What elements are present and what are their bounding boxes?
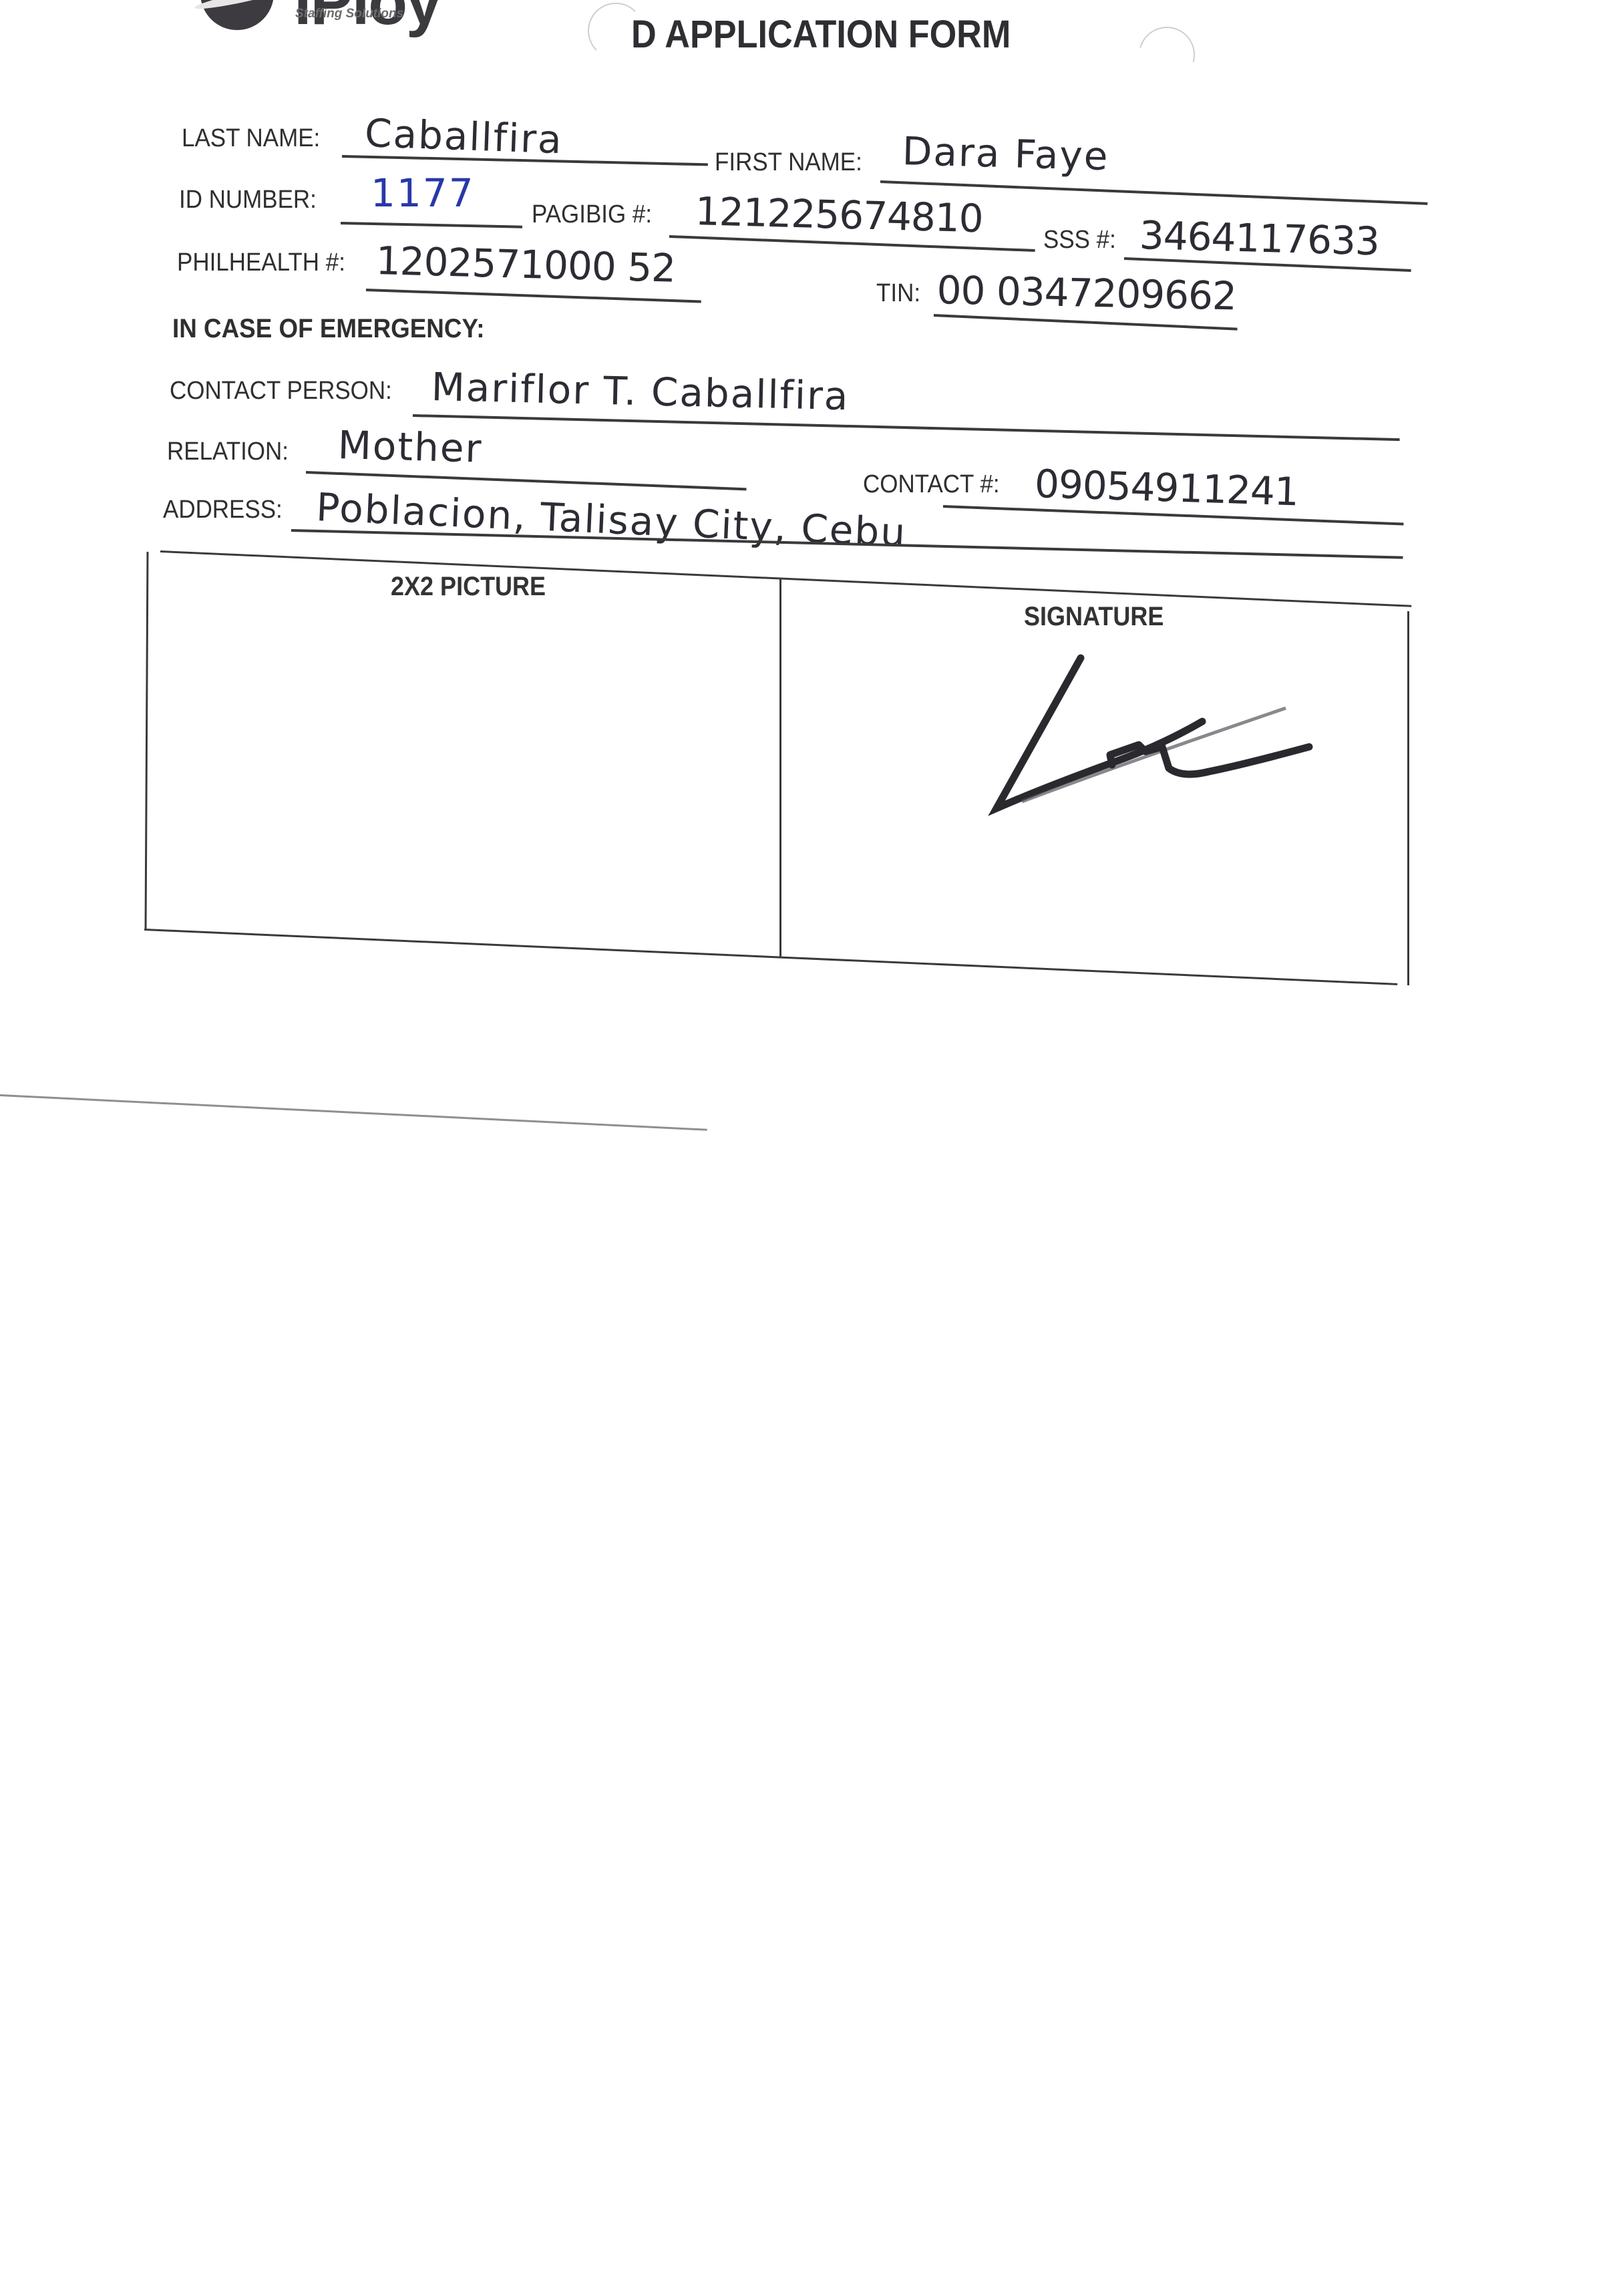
- contact-number-label: CONTACT #:: [863, 470, 1000, 499]
- philhealth-line: [366, 289, 701, 303]
- last-name-value[interactable]: Caballfira: [364, 110, 564, 162]
- box-bottom-border: [144, 929, 1397, 985]
- company-logo: iPloy Staffing Solutions: [194, 0, 474, 47]
- punch-hole-right: [1129, 17, 1206, 94]
- logo-tagline: Staffing Solutions: [295, 7, 403, 21]
- photo-placeholder[interactable]: [154, 601, 775, 922]
- box-left-border: [145, 552, 149, 929]
- relation-value[interactable]: Mother: [337, 422, 483, 472]
- signature-drawing: [962, 635, 1349, 822]
- relation-label: RELATION:: [167, 438, 289, 466]
- picture-box-title: 2X2 PICTURE: [391, 572, 546, 602]
- scanned-form-page: iPloy Staffing Solutions D APPLICATION F…: [0, 0, 1609, 2296]
- emergency-heading: IN CASE OF EMERGENCY:: [172, 314, 485, 344]
- signature-box-title: SIGNATURE: [1024, 602, 1164, 632]
- philhealth-label: PHILHEALTH #:: [177, 249, 345, 277]
- address-label: ADDRESS:: [163, 496, 283, 524]
- scan-artifact-line: [0, 1094, 707, 1131]
- contact-person-value[interactable]: Mariflor T. Caballfira: [431, 364, 850, 419]
- contact-person-label: CONTACT PERSON:: [170, 377, 392, 405]
- first-name-value[interactable]: Dara Faye: [902, 128, 1109, 179]
- philhealth-value[interactable]: 1202571000 52: [375, 238, 676, 291]
- last-name-label: LAST NAME:: [182, 124, 320, 153]
- box-top-border: [160, 550, 1411, 607]
- address-value[interactable]: Poblacion, Talisay City, Cebu: [315, 484, 908, 556]
- id-number-line: [341, 222, 522, 228]
- first-name-label: FIRST NAME:: [715, 148, 862, 177]
- pagibig-label: PAGIBIG #:: [532, 200, 652, 229]
- tin-value[interactable]: 00 0347209662: [936, 267, 1237, 319]
- box-right-border: [1407, 611, 1409, 985]
- pagibig-value[interactable]: 121225674810: [695, 188, 983, 241]
- contact-number-value[interactable]: 09054911241: [1034, 461, 1299, 514]
- contact-person-line: [413, 414, 1400, 441]
- id-number-label: ID NUMBER:: [179, 186, 317, 214]
- tin-label: TIN:: [876, 279, 920, 308]
- id-number-value[interactable]: 1177: [371, 170, 475, 216]
- form-title: D APPLICATION FORM: [631, 12, 1011, 57]
- sss-value[interactable]: 3464117633: [1139, 212, 1380, 264]
- box-divider: [779, 579, 781, 958]
- sss-label: SSS #:: [1043, 226, 1116, 255]
